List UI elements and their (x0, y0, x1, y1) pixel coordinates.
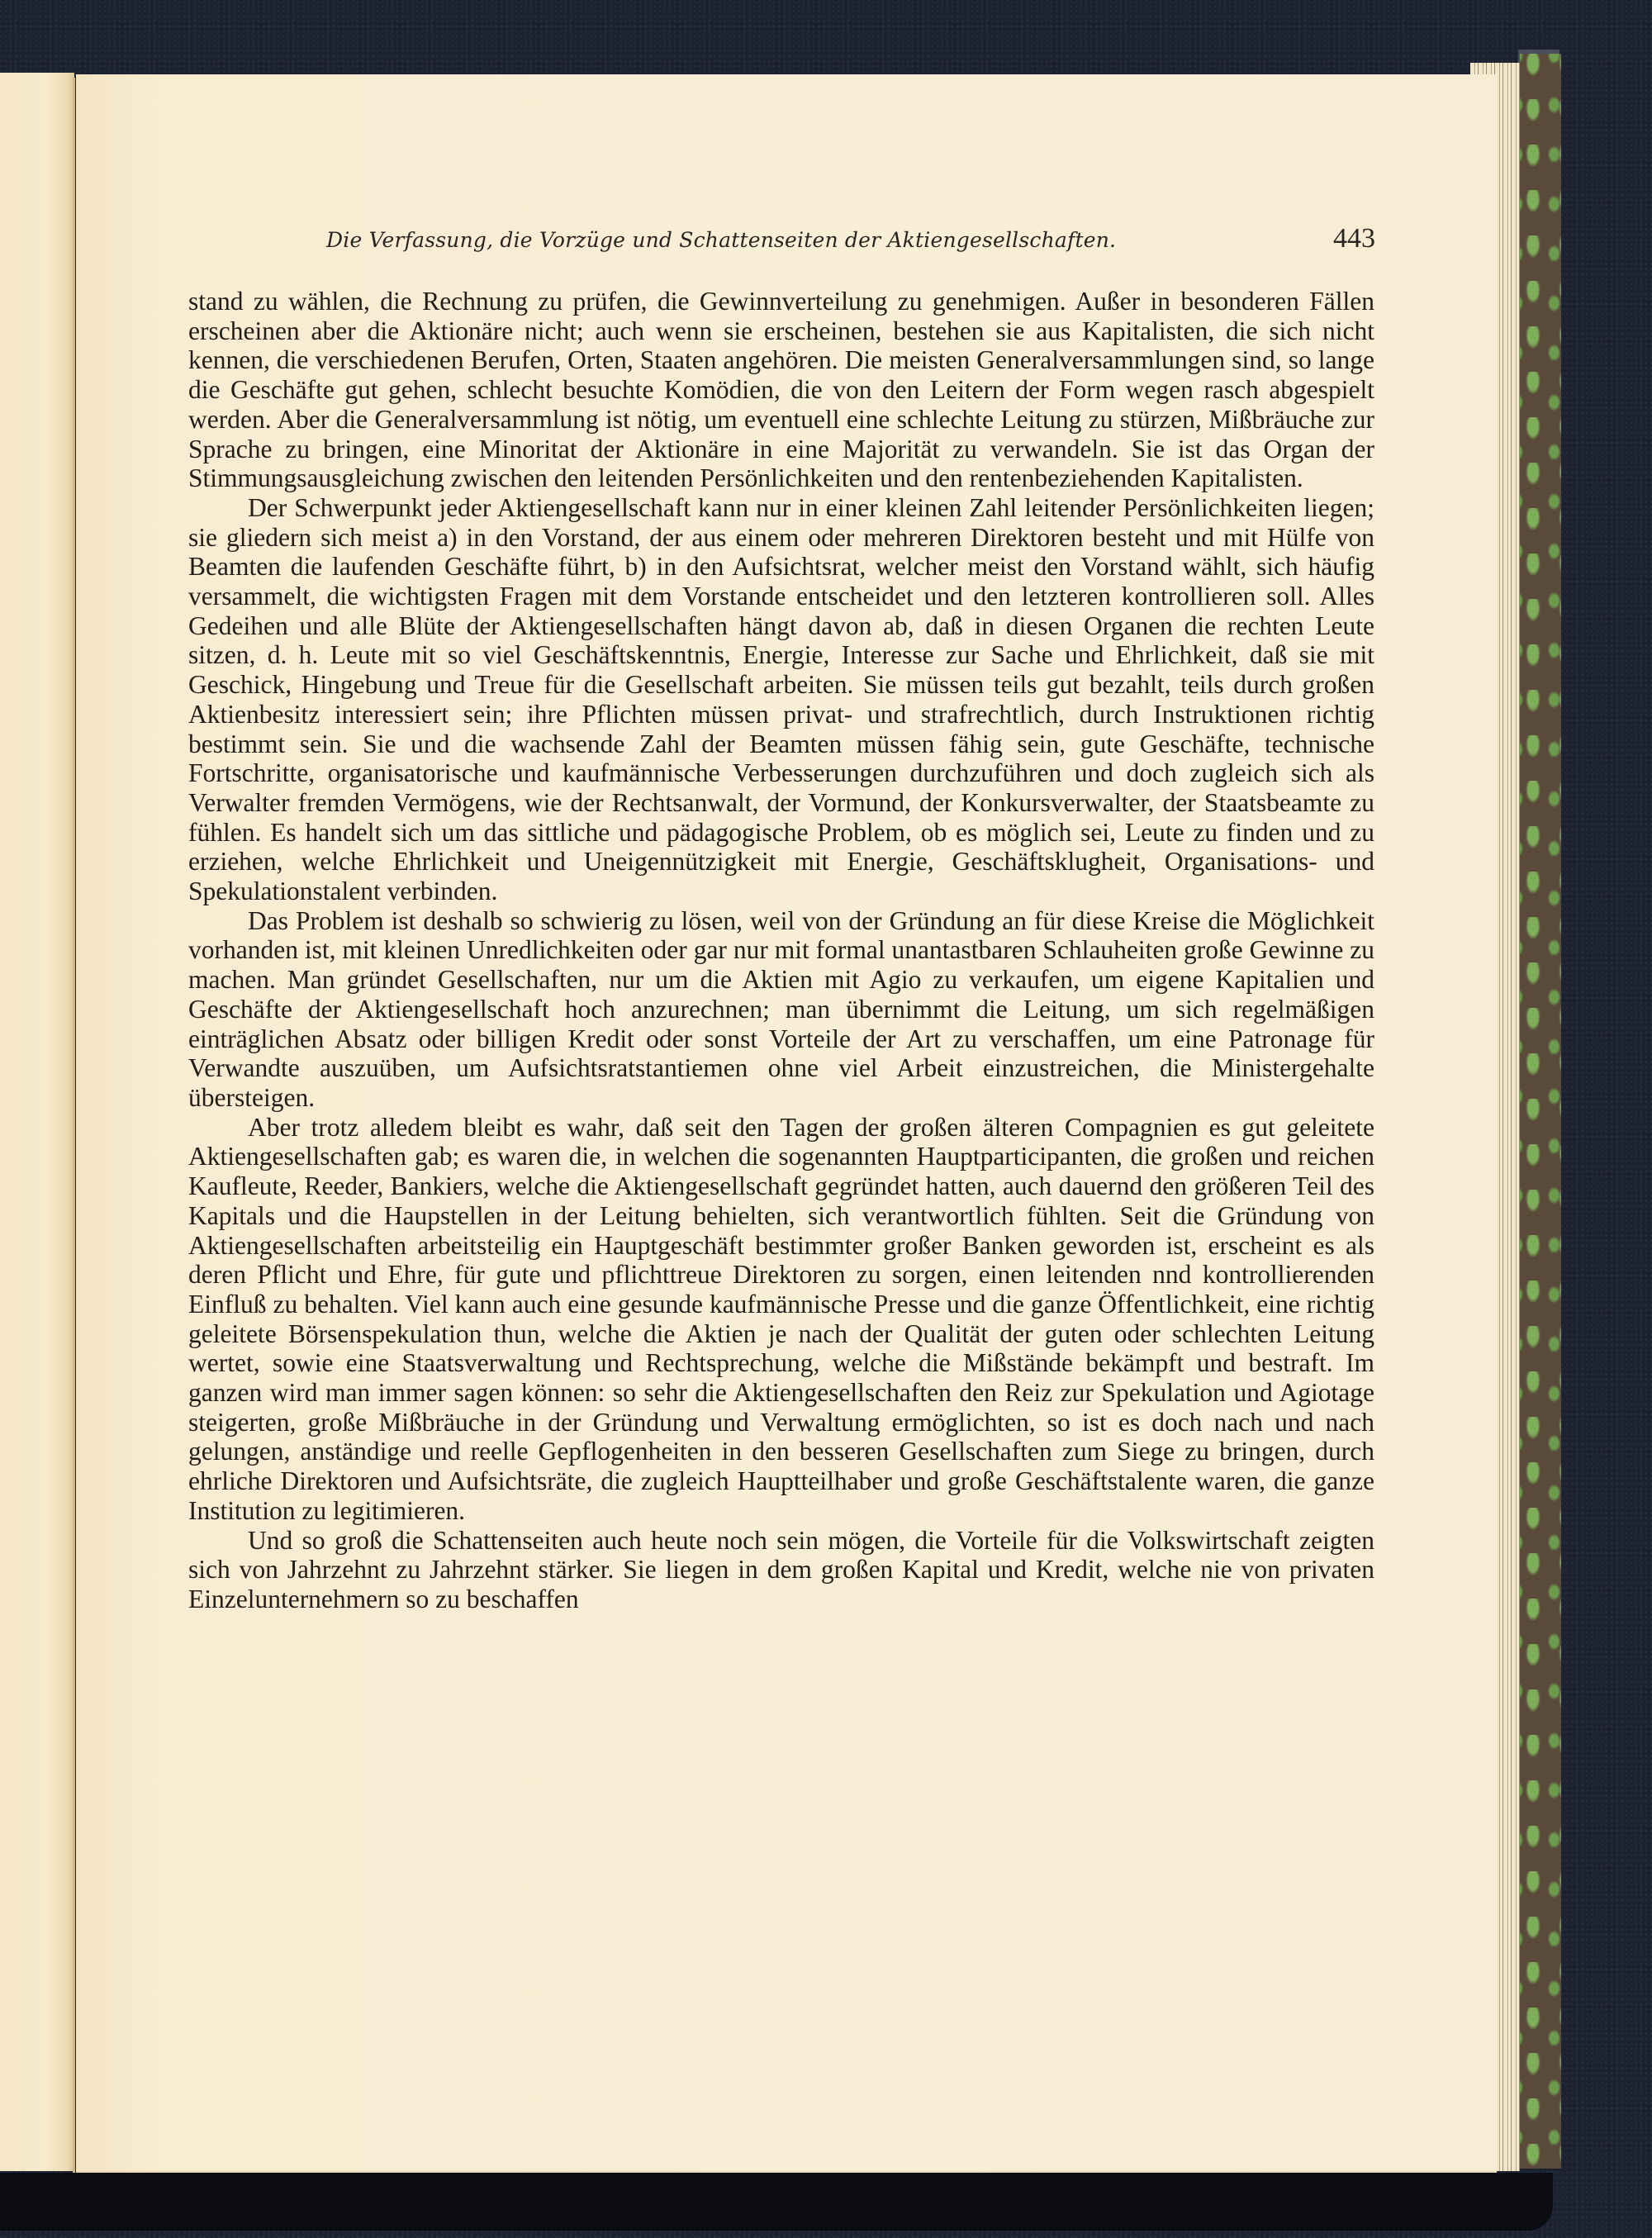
facing-page-edge (0, 73, 74, 2171)
paragraph: Und so groß die Schattenseiten auch heut… (188, 1526, 1374, 1614)
running-head: Die Verfassung, die Vorzüge und Schatten… (326, 228, 1116, 252)
body-text: stand zu wählen, die Rechnung zu prüfen,… (188, 287, 1374, 1614)
marbled-edge (1520, 54, 1561, 2169)
book-shadow (0, 2173, 1553, 2231)
page-number: 443 (1333, 223, 1375, 254)
paragraph: Aber trotz alledem bleibt es wahr, daß s… (188, 1113, 1374, 1526)
paragraph: Das Problem ist deshalb so schwierig zu … (188, 906, 1374, 1113)
page-header: Die Verfassung, die Vorzüge und Schatten… (326, 223, 1375, 264)
paragraph: Der Schwerpunkt jeder Aktiengesellschaft… (188, 493, 1374, 906)
paragraph: stand zu wählen, die Rechnung zu prüfen,… (188, 287, 1374, 493)
gutter (73, 78, 75, 2173)
